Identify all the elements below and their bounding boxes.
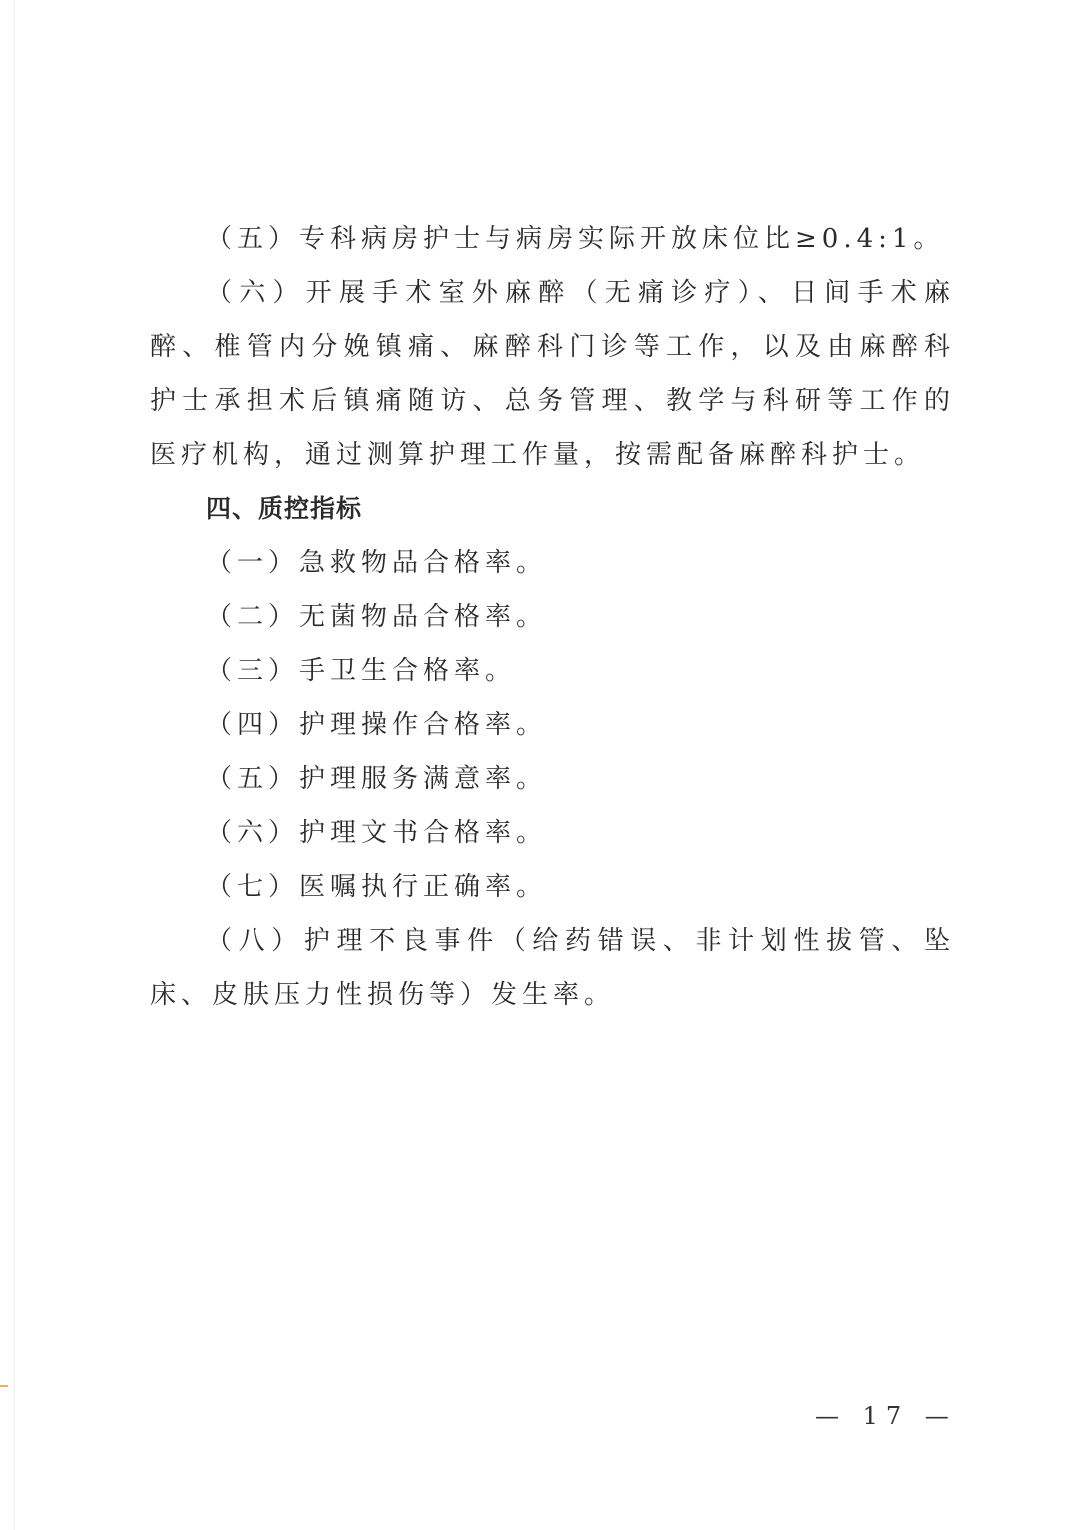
section-heading-quality-indicators: 四、质控指标 <box>150 482 955 536</box>
page-number: — 17 — <box>815 1402 957 1430</box>
scan-edge-mark <box>0 1385 8 1387</box>
indicator-item: （七）医嘱执行正确率。 <box>150 860 955 914</box>
indicator-item: （八）护理不良事件（给药错误、非计划性拔管、坠床、皮肤压力性损伤等）发生率。 <box>150 914 955 1022</box>
paragraph-anesthesia-nurse-staffing: （六）开展手术室外麻醉（无痛诊疗）、日间手术麻醉、椎管内分娩镇痛、麻醉科门诊等工… <box>150 266 955 482</box>
indicator-item: （三）手卫生合格率。 <box>150 644 955 698</box>
page-edge <box>14 0 15 1530</box>
indicator-item: （一）急救物品合格率。 <box>150 536 955 590</box>
indicator-item: （六）护理文书合格率。 <box>150 806 955 860</box>
indicator-item: （二）无菌物品合格率。 <box>150 590 955 644</box>
paragraph-nurse-bed-ratio: （五）专科病房护士与病房实际开放床位比≥0.4:1。 <box>150 212 955 266</box>
indicator-item: （四）护理操作合格率。 <box>150 698 955 752</box>
indicator-item: （五）护理服务满意率。 <box>150 752 955 806</box>
document-body: （五）专科病房护士与病房实际开放床位比≥0.4:1。 （六）开展手术室外麻醉（无… <box>150 212 955 1022</box>
